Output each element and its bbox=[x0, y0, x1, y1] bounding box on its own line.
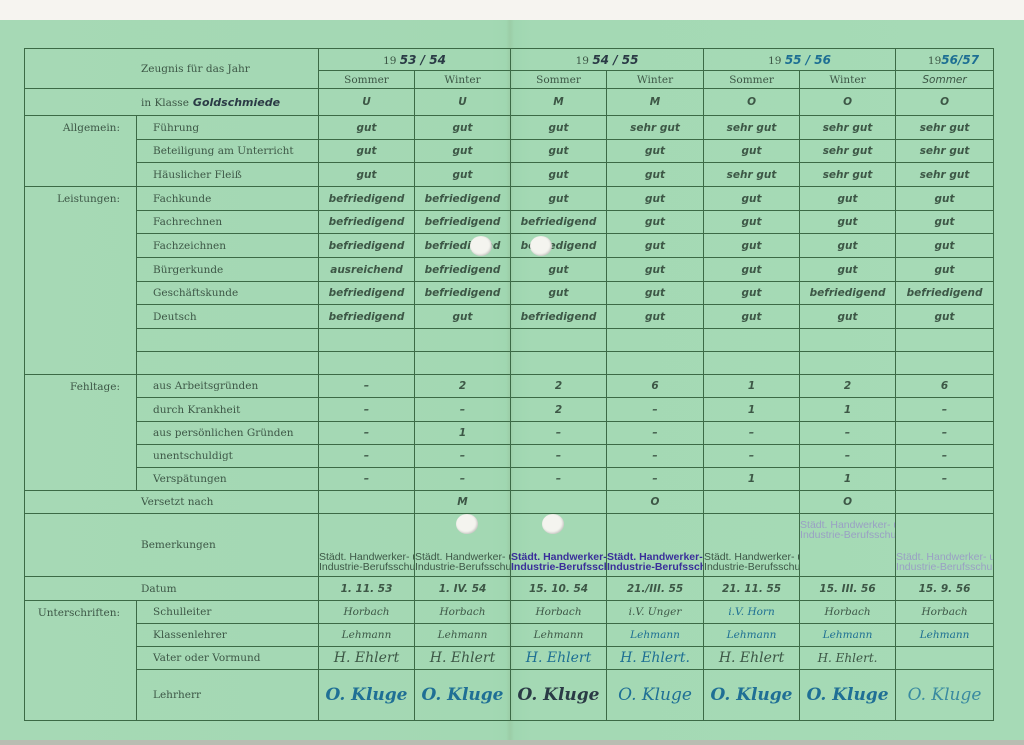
count-cell: – bbox=[704, 422, 800, 445]
grade-cell: befriedigend bbox=[511, 305, 607, 329]
count-cell: 1 bbox=[704, 398, 800, 422]
date-cell: 15. 10. 54 bbox=[511, 577, 607, 601]
table-row: Fachzeichnen befriedigend befriedigend b… bbox=[25, 234, 994, 258]
count-cell: 1 bbox=[800, 468, 896, 491]
empty-cell bbox=[607, 329, 704, 352]
grade-cell: sehr gut bbox=[800, 116, 896, 140]
count-cell: – bbox=[415, 468, 511, 491]
row-label bbox=[137, 329, 319, 352]
row-label: Schulleiter bbox=[137, 601, 319, 624]
table-row-empty bbox=[25, 352, 994, 375]
grade-cell: sehr gut bbox=[896, 116, 994, 140]
count-cell: – bbox=[319, 468, 415, 491]
count-cell: 1 bbox=[800, 398, 896, 422]
grade-cell: befriedigend bbox=[896, 282, 994, 305]
report-card-table: Zeugnis für das Jahr 19 53 / 54 19 54 / … bbox=[24, 48, 994, 721]
count-cell: – bbox=[415, 445, 511, 468]
count-cell: – bbox=[319, 398, 415, 422]
grade-cell: gut bbox=[704, 187, 800, 211]
count-cell: – bbox=[319, 422, 415, 445]
versetzt-cell bbox=[896, 491, 994, 514]
row-label: durch Krankheit bbox=[137, 398, 319, 422]
title-label: Zeugnis für das Jahr bbox=[25, 49, 319, 89]
school-stamp: Städt. Handwerker- u.Industrie-Berufssch… bbox=[800, 514, 896, 577]
bemerkungen-row: Bemerkungen Städt. Handwerker- u.Industr… bbox=[25, 514, 994, 577]
grade-cell: gut bbox=[896, 187, 994, 211]
grade-cell: gut bbox=[415, 305, 511, 329]
versetzt-cell bbox=[319, 491, 415, 514]
grade-cell: ausreichend bbox=[319, 258, 415, 282]
count-cell: 1 bbox=[704, 375, 800, 398]
table-row: Beteiligung am Unterricht gut gut gut gu… bbox=[25, 140, 994, 163]
grade-cell: gut bbox=[319, 163, 415, 187]
signature-cell: O. Kluge bbox=[607, 670, 704, 721]
grade-cell: gut bbox=[704, 258, 800, 282]
grade-cell: gut bbox=[415, 140, 511, 163]
row-label: Vater oder Vormund bbox=[137, 647, 319, 670]
table-row: unentschuldigt – – – – – – – bbox=[25, 445, 994, 468]
grade-cell: gut bbox=[896, 211, 994, 234]
row-label: Führung bbox=[137, 116, 319, 140]
signature-cell: O. Kluge bbox=[415, 670, 511, 721]
grade-cell: gut bbox=[704, 140, 800, 163]
row-label: Beteiligung am Unterricht bbox=[137, 140, 319, 163]
section-fehltage-label: Fehltage: bbox=[25, 375, 137, 491]
count-cell: 1 bbox=[704, 468, 800, 491]
table-row: Fehltage: aus Arbeitsgründen – 2 2 6 1 2… bbox=[25, 375, 994, 398]
season-label: Sommer bbox=[896, 71, 994, 89]
school-stamp: Städt. Handwerker- u.Industrie-Berufssch… bbox=[607, 514, 704, 577]
grade-cell: gut bbox=[704, 282, 800, 305]
signature-cell: Horbach bbox=[800, 601, 896, 624]
grade-cell: befriedigend bbox=[415, 187, 511, 211]
table-row: Fachrechnen befriedigend befriedigend be… bbox=[25, 211, 994, 234]
grade-cell: befriedigend bbox=[511, 234, 607, 258]
grade-cell: gut bbox=[607, 234, 704, 258]
klasse-cell: O bbox=[896, 89, 994, 116]
signature-cell: O. Kluge bbox=[319, 670, 415, 721]
grade-cell: gut bbox=[511, 187, 607, 211]
grade-cell: gut bbox=[800, 305, 896, 329]
grade-cell: gut bbox=[415, 116, 511, 140]
grade-cell: gut bbox=[607, 305, 704, 329]
count-cell: – bbox=[511, 445, 607, 468]
empty-cell bbox=[800, 352, 896, 375]
empty-cell bbox=[415, 329, 511, 352]
count-cell: – bbox=[800, 445, 896, 468]
row-label: Geschäftskunde bbox=[137, 282, 319, 305]
date-cell: 15. III. 56 bbox=[800, 577, 896, 601]
empty-cell bbox=[415, 352, 511, 375]
signature-cell: H. Ehlert bbox=[704, 647, 800, 670]
row-label: Klassenlehrer bbox=[137, 624, 319, 647]
table-row: Allgemein: Führung gut gut gut sehr gut … bbox=[25, 116, 994, 140]
table-row: Bürgerkunde ausreichend befriedigend gut… bbox=[25, 258, 994, 282]
grade-cell: gut bbox=[704, 305, 800, 329]
signature-row: Vater oder Vormund H. Ehlert H. Ehlert H… bbox=[25, 647, 994, 670]
count-cell: – bbox=[319, 445, 415, 468]
year-2: 19 54 / 55 bbox=[511, 49, 704, 71]
empty-cell bbox=[704, 329, 800, 352]
grade-cell: gut bbox=[511, 163, 607, 187]
datum-row: Datum 1. 11. 53 1. IV. 54 15. 10. 54 21.… bbox=[25, 577, 994, 601]
count-cell: – bbox=[607, 398, 704, 422]
grade-cell: befriedigend bbox=[800, 282, 896, 305]
paper-edge bbox=[0, 740, 1024, 745]
grade-cell: befriedigend bbox=[319, 234, 415, 258]
versetzt-cell: O bbox=[800, 491, 896, 514]
signature-cell bbox=[896, 647, 994, 670]
grade-cell: sehr gut bbox=[896, 163, 994, 187]
klasse-row: in KlasseGoldschmiede U U M M O O O bbox=[25, 89, 994, 116]
signature-cell: Lehmann bbox=[607, 624, 704, 647]
punch-hole bbox=[542, 514, 564, 534]
count-cell: – bbox=[607, 445, 704, 468]
grade-cell: gut bbox=[704, 211, 800, 234]
empty-cell bbox=[511, 329, 607, 352]
count-cell: – bbox=[896, 445, 994, 468]
season-label: Winter bbox=[607, 71, 704, 89]
grade-cell: gut bbox=[415, 163, 511, 187]
section-unterschriften-label: Unterschriften: bbox=[25, 601, 137, 721]
row-label: unentschuldigt bbox=[137, 445, 319, 468]
school-stamp: Städt. Handwerker- u.Industrie-Berufssch… bbox=[319, 514, 415, 577]
grade-cell: sehr gut bbox=[800, 163, 896, 187]
empty-cell bbox=[511, 352, 607, 375]
count-cell: 6 bbox=[607, 375, 704, 398]
grade-cell: befriedigend bbox=[319, 211, 415, 234]
count-cell: – bbox=[607, 468, 704, 491]
section-leistungen-label: Leistungen: bbox=[25, 187, 137, 375]
count-cell: – bbox=[896, 468, 994, 491]
signature-cell: Horbach bbox=[319, 601, 415, 624]
grade-cell: befriedigend bbox=[319, 187, 415, 211]
klasse-cell: O bbox=[800, 89, 896, 116]
signature-cell: Lehmann bbox=[704, 624, 800, 647]
versetzt-label: Versetzt nach bbox=[25, 491, 319, 514]
datum-label: Datum bbox=[25, 577, 319, 601]
grade-cell: befriedigend bbox=[511, 211, 607, 234]
grade-cell: gut bbox=[800, 258, 896, 282]
row-label: Lehrherr bbox=[137, 670, 319, 721]
season-label: Winter bbox=[800, 71, 896, 89]
signature-cell: O. Kluge bbox=[511, 670, 607, 721]
table-row: Verspätungen – – – – 1 1 – bbox=[25, 468, 994, 491]
table-row: Geschäftskunde befriedigend befriedigend… bbox=[25, 282, 994, 305]
row-label: aus Arbeitsgründen bbox=[137, 375, 319, 398]
signature-cell: O. Kluge bbox=[896, 670, 994, 721]
grade-cell: gut bbox=[607, 258, 704, 282]
versetzt-cell: M bbox=[415, 491, 511, 514]
grade-cell: sehr gut bbox=[800, 140, 896, 163]
signature-cell: H. Ehlert bbox=[511, 647, 607, 670]
grade-cell: gut bbox=[704, 234, 800, 258]
signature-row: Klassenlehrer Lehmann Lehmann Lehmann Le… bbox=[25, 624, 994, 647]
school-stamp: Städt. Handwerker- u.Industrie-Berufssch… bbox=[704, 514, 800, 577]
punch-hole bbox=[530, 236, 552, 256]
date-cell: 21./III. 55 bbox=[607, 577, 704, 601]
empty-cell bbox=[704, 352, 800, 375]
count-cell: 2 bbox=[800, 375, 896, 398]
grade-cell: gut bbox=[511, 258, 607, 282]
klasse-cell: U bbox=[415, 89, 511, 116]
table-row: Leistungen: Fachkunde befriedigend befri… bbox=[25, 187, 994, 211]
bemerkungen-label: Bemerkungen bbox=[25, 514, 319, 577]
grade-cell: gut bbox=[511, 282, 607, 305]
klasse-value: Goldschmiede bbox=[193, 96, 280, 109]
versetzt-row: Versetzt nach M O O bbox=[25, 491, 994, 514]
signature-cell: Lehmann bbox=[319, 624, 415, 647]
signature-cell: H. Ehlert. bbox=[607, 647, 704, 670]
row-label: Fachrechnen bbox=[137, 211, 319, 234]
grade-cell: gut bbox=[607, 282, 704, 305]
signature-cell: Lehmann bbox=[800, 624, 896, 647]
versetzt-cell: O bbox=[607, 491, 704, 514]
school-stamp: Städt. Handwerker- u.Industrie-Berufssch… bbox=[896, 514, 994, 577]
year-1: 19 53 / 54 bbox=[319, 49, 511, 71]
klasse-cell: O bbox=[704, 89, 800, 116]
signature-cell: O. Kluge bbox=[704, 670, 800, 721]
year-4: 1956/57 bbox=[896, 49, 994, 71]
versetzt-cell bbox=[511, 491, 607, 514]
row-label: Verspätungen bbox=[137, 468, 319, 491]
empty-cell bbox=[607, 352, 704, 375]
count-cell: – bbox=[319, 375, 415, 398]
section-allgemein-label: Allgemein: bbox=[25, 116, 137, 187]
grade-cell: gut bbox=[319, 140, 415, 163]
empty-cell bbox=[319, 352, 415, 375]
grade-cell: sehr gut bbox=[896, 140, 994, 163]
grade-cell: befriedigend bbox=[415, 234, 511, 258]
signature-cell: i.V. Unger bbox=[607, 601, 704, 624]
count-cell: – bbox=[511, 468, 607, 491]
table-row: aus persönlichen Gründen – 1 – – – – – bbox=[25, 422, 994, 445]
grade-cell: gut bbox=[800, 211, 896, 234]
grade-cell: gut bbox=[800, 234, 896, 258]
grade-cell: sehr gut bbox=[704, 116, 800, 140]
row-label: Deutsch bbox=[137, 305, 319, 329]
grade-cell: gut bbox=[607, 211, 704, 234]
empty-cell bbox=[896, 329, 994, 352]
signature-row: Unterschriften: Schulleiter Horbach Horb… bbox=[25, 601, 994, 624]
grade-cell: sehr gut bbox=[704, 163, 800, 187]
grade-cell: sehr gut bbox=[607, 116, 704, 140]
signature-cell: Lehmann bbox=[415, 624, 511, 647]
year-header-row: Zeugnis für das Jahr 19 53 / 54 19 54 / … bbox=[25, 49, 994, 71]
versetzt-cell bbox=[704, 491, 800, 514]
season-label: Sommer bbox=[704, 71, 800, 89]
count-cell: 2 bbox=[511, 398, 607, 422]
klasse-cell: M bbox=[607, 89, 704, 116]
punch-hole bbox=[456, 514, 478, 534]
grade-cell: befriedigend bbox=[415, 211, 511, 234]
table-row: durch Krankheit – – 2 – 1 1 – bbox=[25, 398, 994, 422]
count-cell: 6 bbox=[896, 375, 994, 398]
grade-cell: gut bbox=[896, 234, 994, 258]
date-cell: 21. 11. 55 bbox=[704, 577, 800, 601]
signature-cell: Lehmann bbox=[896, 624, 994, 647]
grade-cell: gut bbox=[607, 163, 704, 187]
signature-row: Lehrherr O. Kluge O. Kluge O. Kluge O. K… bbox=[25, 670, 994, 721]
row-label bbox=[137, 352, 319, 375]
count-cell: – bbox=[607, 422, 704, 445]
signature-cell: i.V. Horn bbox=[704, 601, 800, 624]
count-cell: – bbox=[896, 398, 994, 422]
klasse-cell: M bbox=[511, 89, 607, 116]
count-cell: – bbox=[415, 398, 511, 422]
empty-cell bbox=[319, 329, 415, 352]
signature-cell: Lehmann bbox=[511, 624, 607, 647]
grade-cell: gut bbox=[607, 140, 704, 163]
date-cell: 1. 11. 53 bbox=[319, 577, 415, 601]
count-cell: – bbox=[800, 422, 896, 445]
grade-cell: befriedigend bbox=[415, 282, 511, 305]
grade-cell: gut bbox=[896, 258, 994, 282]
grade-cell: befriedigend bbox=[319, 305, 415, 329]
date-cell: 15. 9. 56 bbox=[896, 577, 994, 601]
grade-cell: gut bbox=[607, 187, 704, 211]
klasse-cell: U bbox=[319, 89, 415, 116]
date-cell: 1. IV. 54 bbox=[415, 577, 511, 601]
row-label: Fachkunde bbox=[137, 187, 319, 211]
grade-cell: gut bbox=[319, 116, 415, 140]
signature-cell: Horbach bbox=[896, 601, 994, 624]
count-cell: 2 bbox=[415, 375, 511, 398]
grade-cell: gut bbox=[800, 187, 896, 211]
count-cell: 1 bbox=[415, 422, 511, 445]
season-label: Sommer bbox=[319, 71, 415, 89]
klasse-label: in KlasseGoldschmiede bbox=[25, 89, 319, 116]
count-cell: – bbox=[896, 422, 994, 445]
grade-cell: befriedigend bbox=[319, 282, 415, 305]
count-cell: – bbox=[511, 422, 607, 445]
grade-cell: befriedigend bbox=[415, 258, 511, 282]
signature-cell: O. Kluge bbox=[800, 670, 896, 721]
year-3: 19 55 / 56 bbox=[704, 49, 896, 71]
table-row: Deutsch befriedigend gut befriedigend gu… bbox=[25, 305, 994, 329]
empty-cell bbox=[800, 329, 896, 352]
signature-cell: H. Ehlert bbox=[415, 647, 511, 670]
table-row-empty bbox=[25, 329, 994, 352]
signature-cell: H. Ehlert bbox=[319, 647, 415, 670]
row-label: aus persönlichen Gründen bbox=[137, 422, 319, 445]
grade-cell: gut bbox=[511, 140, 607, 163]
table-row: Häuslicher Fleiß gut gut gut gut sehr gu… bbox=[25, 163, 994, 187]
row-label: Häuslicher Fleiß bbox=[137, 163, 319, 187]
grade-cell: gut bbox=[896, 305, 994, 329]
signature-cell: Horbach bbox=[511, 601, 607, 624]
season-label: Sommer bbox=[511, 71, 607, 89]
row-label: Bürgerkunde bbox=[137, 258, 319, 282]
signature-cell: Horbach bbox=[415, 601, 511, 624]
count-cell: 2 bbox=[511, 375, 607, 398]
empty-cell bbox=[896, 352, 994, 375]
signature-cell: H. Ehlert. bbox=[800, 647, 896, 670]
count-cell: – bbox=[704, 445, 800, 468]
season-label: Winter bbox=[415, 71, 511, 89]
grade-cell: gut bbox=[511, 116, 607, 140]
punch-hole bbox=[470, 236, 492, 256]
row-label: Fachzeichnen bbox=[137, 234, 319, 258]
